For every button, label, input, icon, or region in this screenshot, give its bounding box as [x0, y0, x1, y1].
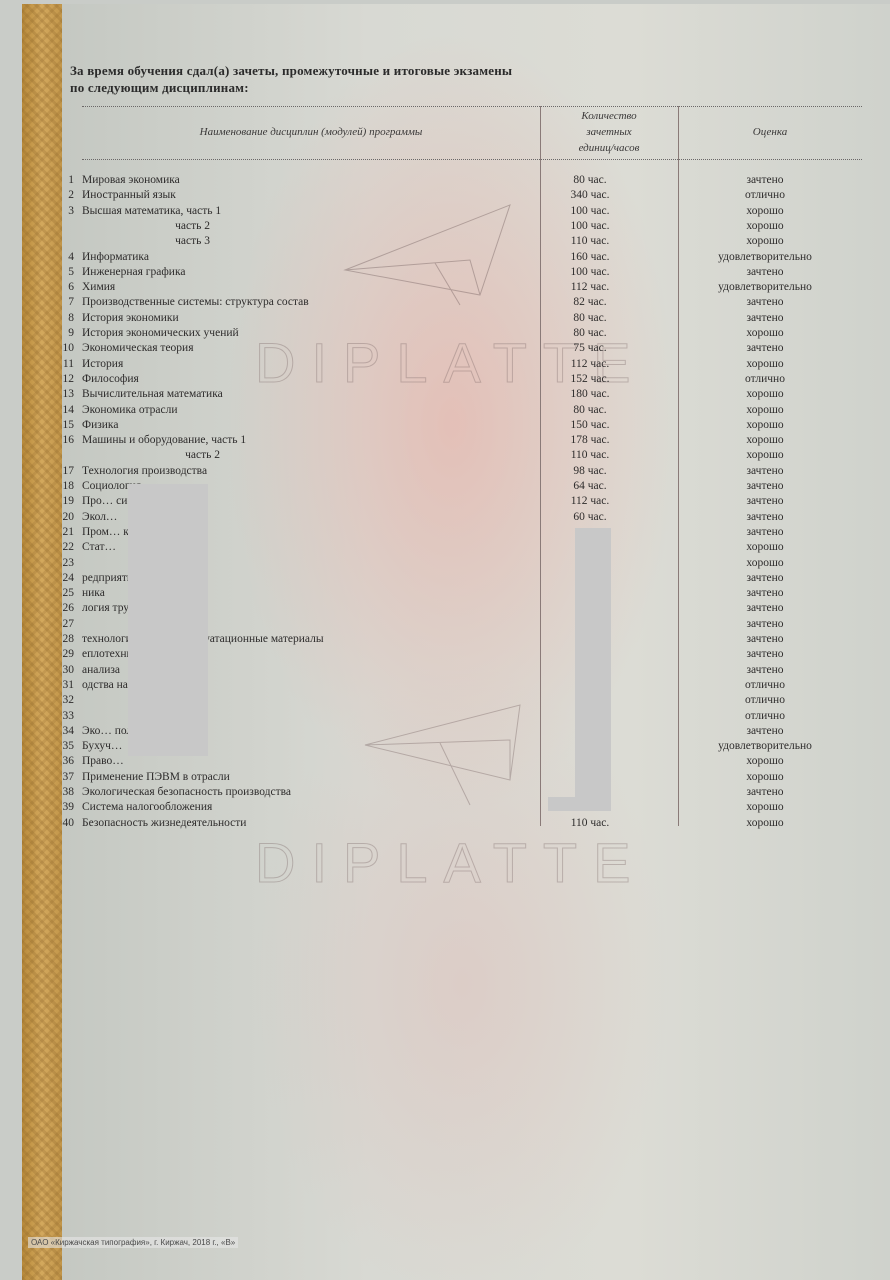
grade-value: отлично	[680, 373, 850, 385]
row-number: 17	[50, 465, 74, 477]
row-number: 28	[50, 633, 74, 645]
row-number: 27	[50, 618, 74, 630]
hours-value: 100 час.	[540, 220, 640, 232]
hours-value: 98 час.	[540, 465, 640, 477]
table-row: 11История112 час.хорошо	[0, 358, 890, 373]
table-row: 16Машины и оборудование, часть 1178 час.…	[0, 434, 890, 449]
hours-value: 80 час.	[540, 312, 640, 324]
discipline-name: Бухуч…	[82, 740, 122, 752]
grade-value: хорошо	[680, 449, 850, 461]
grade-value: зачтено	[680, 465, 850, 477]
discipline-name: История экономики	[82, 312, 179, 324]
discipline-name: часть 2	[0, 220, 210, 232]
grade-value: зачтено	[680, 526, 850, 538]
row-number: 6	[50, 281, 74, 293]
discipline-name: Химия	[82, 281, 115, 293]
hours-value: 112 час.	[540, 495, 640, 507]
discipline-name: Иностранный язык	[82, 189, 176, 201]
row-number: 5	[50, 266, 74, 278]
document-content: За время обучения сдал(а) зачеты, промеж…	[0, 0, 890, 1280]
hours-value: 60 час.	[540, 511, 640, 523]
grade-value: зачтено	[680, 511, 850, 523]
discipline-name: Машины и оборудование, часть 1	[82, 434, 246, 446]
table-row: 3Высшая математика, часть 1100 час.хорош…	[0, 205, 890, 220]
table-row: 39Система налогообложения…с.хорошо	[0, 801, 890, 816]
grade-value: хорошо	[680, 541, 850, 553]
grade-value: отлично	[680, 694, 850, 706]
hours-value: 100 час.	[540, 205, 640, 217]
hours-value: 340 час.	[540, 189, 640, 201]
row-number: 23	[50, 557, 74, 569]
heading-line-1: За время обучения сдал(а) зачеты, промеж…	[70, 62, 512, 79]
hours-value: 178 час.	[540, 434, 640, 446]
row-number: 14	[50, 404, 74, 416]
hours-value: 180 час.	[540, 388, 640, 400]
discipline-name: анализа	[82, 664, 120, 676]
discipline-name: Экономическая теория	[82, 342, 194, 354]
hours-value: 150 час.	[540, 419, 640, 431]
row-number: 15	[50, 419, 74, 431]
row-number: 31	[50, 679, 74, 691]
row-number: 39	[50, 801, 74, 813]
grade-value: хорошо	[680, 434, 850, 446]
grade-value: зачтено	[680, 664, 850, 676]
row-number: 33	[50, 710, 74, 722]
discipline-name: Производственные системы: структура сост…	[82, 296, 309, 308]
grade-value: хорошо	[680, 235, 850, 247]
grade-value: зачтено	[680, 495, 850, 507]
discipline-name: Мировая экономика	[82, 174, 180, 186]
table-row: 4Информатика160 час.удовлетворительно	[0, 251, 890, 266]
table-row: 9История экономических учений80 час.хоро…	[0, 327, 890, 342]
hours-value: 152 час.	[540, 373, 640, 385]
grade-value: зачтено	[680, 266, 850, 278]
discipline-name: История экономических учений	[82, 327, 239, 339]
row-number: 35	[50, 740, 74, 752]
grade-value: зачтено	[680, 725, 850, 737]
redaction-box-hours	[575, 528, 611, 811]
hours-value: 110 час.	[540, 235, 640, 247]
row-number: 1	[50, 174, 74, 186]
grade-value: зачтено	[680, 648, 850, 660]
grade-value: хорошо	[680, 358, 850, 370]
table-row: часть 3110 час.хорошо	[0, 235, 890, 250]
grade-value: хорошо	[680, 388, 850, 400]
row-number: 18	[50, 480, 74, 492]
grade-value: зачтено	[680, 587, 850, 599]
redaction-box-hours-tail	[548, 797, 578, 811]
grade-value: хорошо	[680, 557, 850, 569]
column-header-grade: Оценка	[678, 124, 862, 140]
row-number: 19	[50, 495, 74, 507]
discipline-name: Экол…	[82, 511, 117, 523]
column-header-name: Наименование дисциплин (модулей) програм…	[82, 124, 540, 140]
discipline-name: Физика	[82, 419, 118, 431]
grade-value: хорошо	[680, 419, 850, 431]
grade-value: удовлетворительно	[680, 281, 850, 293]
discipline-name: Безопасность жизнедеятельности	[82, 817, 246, 829]
column-header-hours: Количество зачетных единиц/часов	[540, 108, 678, 156]
grade-value: отлично	[680, 710, 850, 722]
document-heading: За время обучения сдал(а) зачеты, промеж…	[70, 62, 512, 96]
discipline-name: Информатика	[82, 251, 149, 263]
grade-value: хорошо	[680, 205, 850, 217]
row-number: 25	[50, 587, 74, 599]
row-number: 30	[50, 664, 74, 676]
table-row: 12Философия152 час.отлично	[0, 373, 890, 388]
row-number: 10	[50, 342, 74, 354]
row-number: 11	[50, 358, 74, 370]
hours-value: 112 час.	[540, 358, 640, 370]
row-number: 12	[50, 373, 74, 385]
redaction-box-names	[128, 484, 208, 756]
row-number: 9	[50, 327, 74, 339]
hours-value: 112 час.	[540, 281, 640, 293]
grade-value: зачтено	[680, 312, 850, 324]
grade-value: отлично	[680, 189, 850, 201]
grade-value: зачтено	[680, 786, 850, 798]
discipline-name: Экологическая безопасность производства	[82, 786, 291, 798]
discipline-name: Философия	[82, 373, 139, 385]
discipline-name: часть 3	[0, 235, 210, 247]
heading-line-2: по следующим дисциплинам:	[70, 79, 512, 96]
grade-value: зачтено	[680, 174, 850, 186]
row-number: 24	[50, 572, 74, 584]
grade-value: хорошо	[680, 801, 850, 813]
table-row: 2Иностранный язык340 час.отлично	[0, 189, 890, 204]
grade-value: зачтено	[680, 602, 850, 614]
grade-value: хорошо	[680, 817, 850, 829]
row-number: 2	[50, 189, 74, 201]
grade-value: хорошо	[680, 220, 850, 232]
grade-value: зачтено	[680, 480, 850, 492]
table-header-rule	[82, 159, 862, 160]
hours-value: 110 час.	[540, 449, 640, 461]
row-number: 32	[50, 694, 74, 706]
table-row: 1Мировая экономика80 час.зачтено	[0, 174, 890, 189]
table-top-rule	[82, 106, 862, 107]
grade-value: удовлетворительно	[680, 740, 850, 752]
row-number: 38	[50, 786, 74, 798]
hours-value: 160 час.	[540, 251, 640, 263]
discipline-name: Право…	[82, 755, 124, 767]
table-row: 40Безопасность жизнедеятельности110 час.…	[0, 817, 890, 832]
row-number: 8	[50, 312, 74, 324]
grade-value: зачтено	[680, 296, 850, 308]
row-number: 20	[50, 511, 74, 523]
table-row: 13Вычислительная математика180 час.хорош…	[0, 388, 890, 403]
grade-value: хорошо	[680, 771, 850, 783]
row-number: 3	[50, 205, 74, 217]
row-number: 7	[50, 296, 74, 308]
grade-value: хорошо	[680, 755, 850, 767]
discipline-name: Технология производства	[82, 465, 207, 477]
discipline-name: Экономика отрасли	[82, 404, 177, 416]
grade-value: зачтено	[680, 572, 850, 584]
hours-value: 64 час.	[540, 480, 640, 492]
table-row: часть 2100 час.хорошо	[0, 220, 890, 235]
grade-value: хорошо	[680, 327, 850, 339]
hours-value: 110 час.	[540, 817, 640, 829]
row-number: 21	[50, 526, 74, 538]
row-number: 26	[50, 602, 74, 614]
row-number: 37	[50, 771, 74, 783]
discipline-name: Высшая математика, часть 1	[82, 205, 221, 217]
row-number: 4	[50, 251, 74, 263]
hours-value: 75 час.	[540, 342, 640, 354]
table-row: 15Физика150 час.хорошо	[0, 419, 890, 434]
discipline-name: История	[82, 358, 123, 370]
discipline-name: Стат…	[82, 541, 116, 553]
discipline-name: ника	[82, 587, 105, 599]
table-row: 7Производственные системы: структура сос…	[0, 296, 890, 311]
table-row: 6Химия112 час.удовлетворительно	[0, 281, 890, 296]
hours-value: 82 час.	[540, 296, 640, 308]
grade-value: зачтено	[680, 633, 850, 645]
row-number: 36	[50, 755, 74, 767]
hours-value: 80 час.	[540, 174, 640, 186]
grade-value: зачтено	[680, 342, 850, 354]
discipline-name: Система налогообложения	[82, 801, 212, 813]
row-number: 40	[50, 817, 74, 829]
table-row: 17Технология производства98 час.зачтено	[0, 465, 890, 480]
grade-value: удовлетворительно	[680, 251, 850, 263]
table-row: 36Право……с.хорошо	[0, 755, 890, 770]
discipline-name: часть 2	[0, 449, 220, 461]
hours-value: 100 час.	[540, 266, 640, 278]
row-number: 16	[50, 434, 74, 446]
row-number: 34	[50, 725, 74, 737]
watermark-bottom: DIPLATTE	[255, 830, 646, 895]
discipline-name: Применение ПЭВМ в отрасли	[82, 771, 230, 783]
row-number: 13	[50, 388, 74, 400]
table-row: 8История экономики80 час.зачтено	[0, 312, 890, 327]
row-number: 29	[50, 648, 74, 660]
table-row: часть 2110 час.хорошо	[0, 449, 890, 464]
grade-value: зачтено	[680, 618, 850, 630]
table-row: 38Экологическая безопасность производств…	[0, 786, 890, 801]
printer-footer: ОАО «Киржачская типография», г. Киржач, …	[28, 1237, 238, 1248]
hours-value: 80 час.	[540, 327, 640, 339]
discipline-name: Инженерная графика	[82, 266, 185, 278]
grade-value: хорошо	[680, 404, 850, 416]
table-row: 37Применение ПЭВМ в отрасли…с.хорошо	[0, 771, 890, 786]
table-row: 10Экономическая теория75 час.зачтено	[0, 342, 890, 357]
grade-value: отлично	[680, 679, 850, 691]
hours-value: 80 час.	[540, 404, 640, 416]
row-number: 22	[50, 541, 74, 553]
table-row: 5Инженерная графика100 час.зачтено	[0, 266, 890, 281]
table-row: 14Экономика отрасли80 час.хорошо	[0, 404, 890, 419]
discipline-name: Вычислительная математика	[82, 388, 223, 400]
